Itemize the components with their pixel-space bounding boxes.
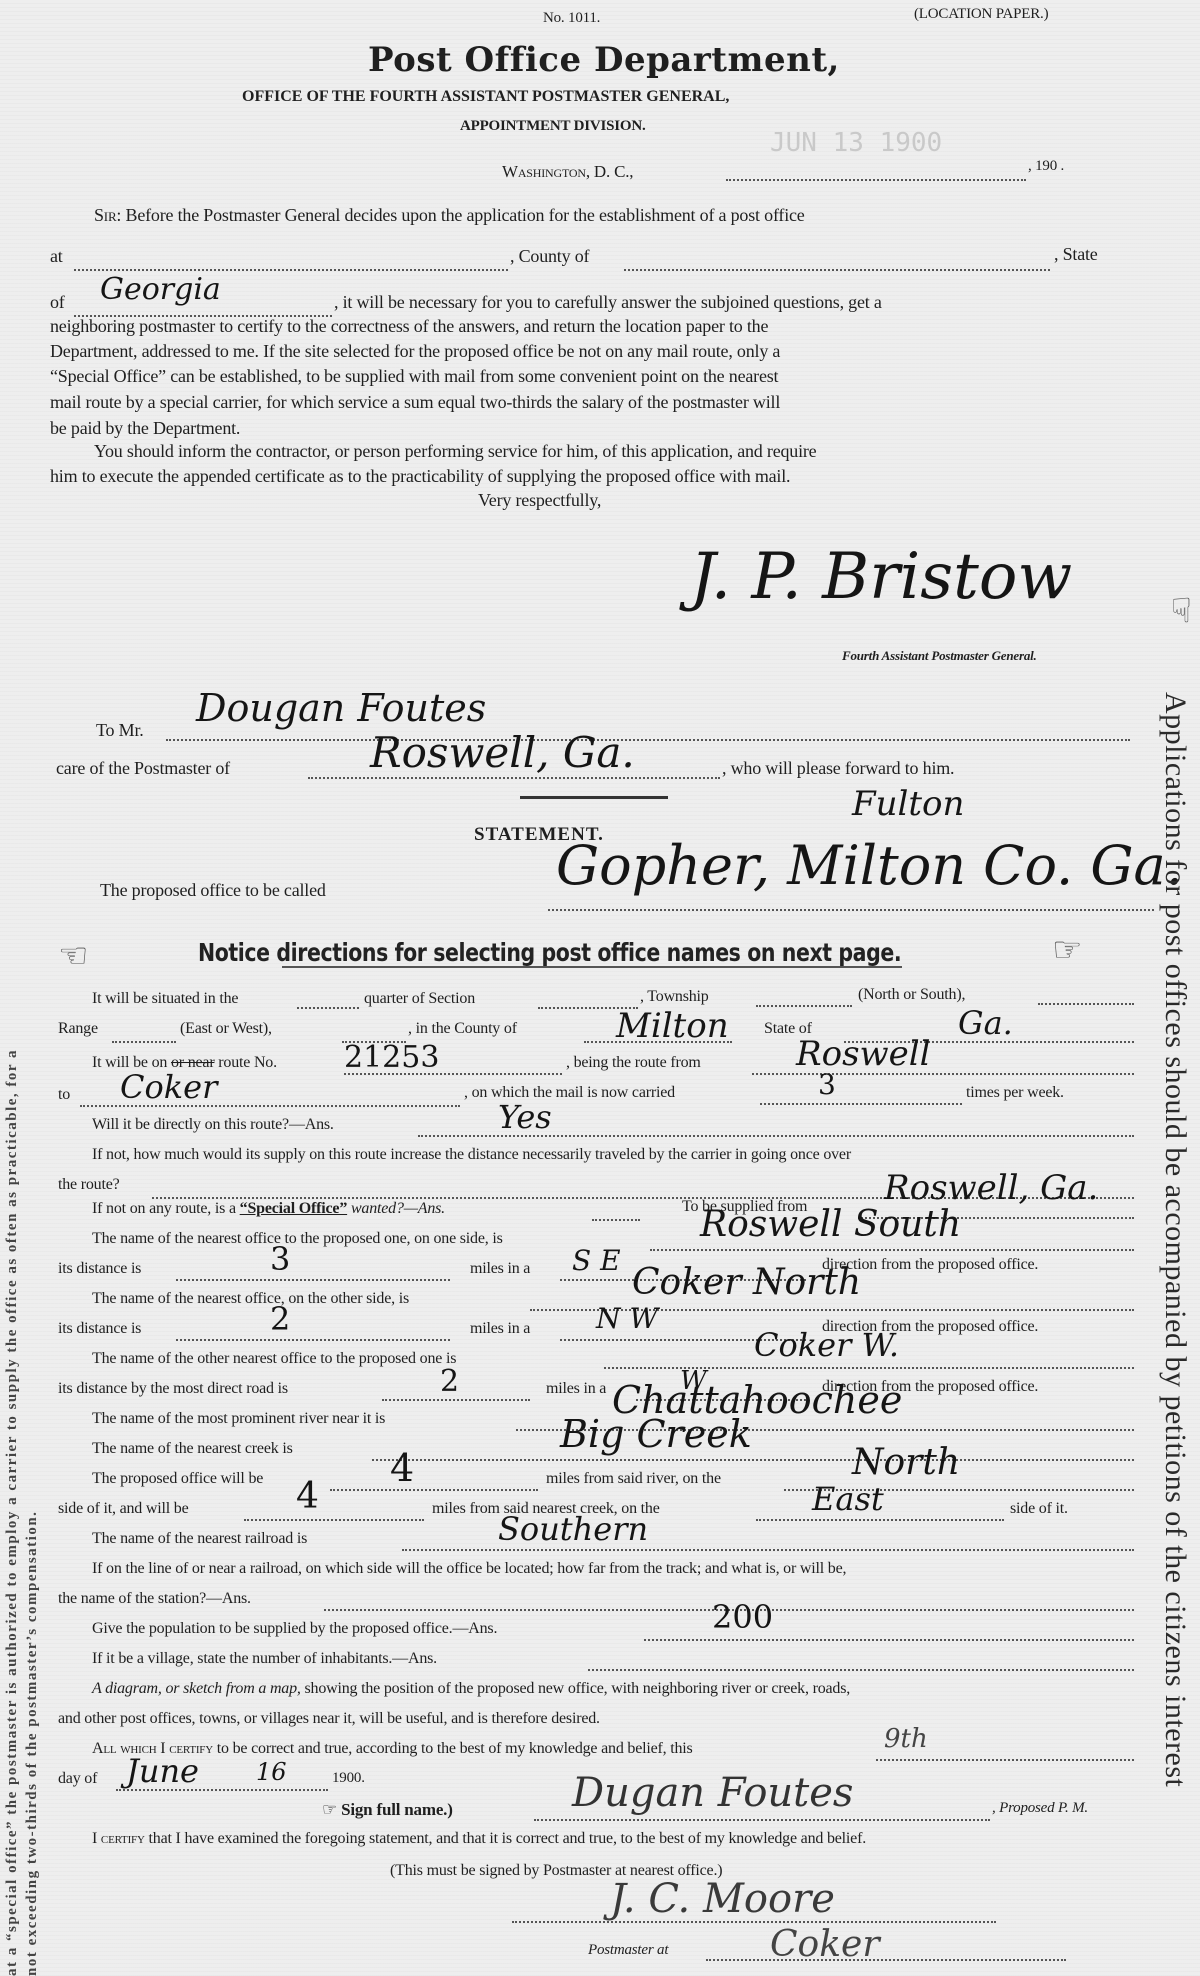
to-route-value[interactable]: Coker bbox=[120, 1068, 217, 1106]
pm-certify-label: I certify that I have examined the foreg… bbox=[92, 1830, 866, 1848]
river-dist-label: The proposed office will be bbox=[92, 1470, 263, 1488]
dist3-label: its distance by the most direct road is bbox=[58, 1380, 288, 1398]
route-from-value[interactable]: Roswell bbox=[796, 1034, 931, 1074]
to-value[interactable]: Dougan Foutes bbox=[196, 686, 486, 730]
quarter-label: quarter of Section bbox=[364, 990, 475, 1008]
east-west-label: (East or West), bbox=[180, 1020, 272, 1038]
dist2-label: its distance is bbox=[58, 1320, 141, 1338]
day-value[interactable]: 16 bbox=[256, 1758, 287, 1786]
dist3-value[interactable]: 2 bbox=[440, 1364, 459, 1399]
creek-side-value[interactable]: East bbox=[812, 1480, 884, 1518]
form-type: (LOCATION PAPER.) bbox=[914, 6, 1048, 23]
river-side-value[interactable]: North bbox=[852, 1442, 960, 1483]
date-field[interactable] bbox=[726, 178, 1026, 181]
proposed-correction[interactable]: Fulton bbox=[852, 784, 964, 824]
other-office-label: The name of the other nearest office to … bbox=[92, 1350, 456, 1368]
railside-label: If on the line of or near a railroad, on… bbox=[92, 1560, 846, 1578]
creek-label: The name of the nearest creek is bbox=[92, 1440, 293, 1458]
letter-line-4: neighboring postmaster to certify to the… bbox=[50, 316, 768, 337]
creek-value[interactable]: Big Creek bbox=[560, 1412, 752, 1456]
to-label: To Mr. bbox=[96, 720, 144, 741]
railroad-value[interactable]: Southern bbox=[498, 1510, 648, 1548]
postmaster-at-label: Postmaster at bbox=[588, 1942, 668, 1959]
railroad-field[interactable] bbox=[402, 1548, 1134, 1551]
nearest1-field[interactable] bbox=[650, 1248, 1134, 1251]
care-label: care of the Postmaster of bbox=[56, 758, 230, 779]
office-title: OFFICE OF THE FOURTH ASSISTANT POSTMASTE… bbox=[242, 88, 729, 106]
state-of-value[interactable]: Ga. bbox=[958, 1004, 1013, 1042]
quarter-field[interactable] bbox=[297, 1006, 359, 1009]
pointing-hand-right-icon: ☞ bbox=[1052, 930, 1082, 970]
county-label: , County of bbox=[510, 246, 589, 267]
pointing-hand-down-icon: ☞ bbox=[1161, 595, 1200, 625]
river-label: The name of the most prominent river nea… bbox=[92, 1410, 385, 1428]
side-of-it-label: side of it. bbox=[1010, 1500, 1068, 1518]
month-value[interactable]: June bbox=[126, 1752, 199, 1790]
closing: Very respectfully, bbox=[478, 490, 601, 511]
miles-in-label-3: miles in a bbox=[546, 1380, 606, 1398]
route-question-label: the route? bbox=[58, 1176, 120, 1194]
place-label: Washington, D. C., bbox=[502, 162, 633, 182]
signer-title: Fourth Assistant Postmaster General. bbox=[842, 648, 1037, 664]
bristow-signature: J. P. Bristow bbox=[690, 540, 1072, 614]
times-value[interactable]: 3 bbox=[818, 1068, 836, 1101]
proposed-field[interactable] bbox=[548, 908, 1154, 911]
letter-line-3: , it will be necessary for you to carefu… bbox=[334, 292, 882, 313]
diagram-label: A diagram, or sketch from a map, showing… bbox=[92, 1680, 850, 1698]
railroad-label: The name of the nearest railroad is bbox=[92, 1530, 307, 1548]
special-label: If not on any route, is a “Special Offic… bbox=[92, 1200, 445, 1218]
letter-line-8: be paid by the Department. bbox=[50, 418, 240, 439]
nearest2-label: The name of the nearest office, on the o… bbox=[92, 1290, 409, 1308]
letter-line-6: “Special Office” can be established, to … bbox=[50, 366, 778, 387]
township-label: , Township bbox=[640, 988, 709, 1006]
times-label: times per week. bbox=[966, 1084, 1064, 1102]
nearest1-label: The name of the nearest office to the pr… bbox=[92, 1230, 503, 1248]
village-label: If it be a village, state the number of … bbox=[92, 1650, 437, 1668]
side-of-label: side of it, and will be bbox=[58, 1500, 189, 1518]
special-field[interactable] bbox=[592, 1218, 640, 1221]
dist2-field[interactable] bbox=[176, 1338, 450, 1341]
pm-signature-value[interactable]: J. C. Moore bbox=[610, 1876, 835, 1922]
notice-underline bbox=[282, 966, 902, 968]
letter-line-2: at bbox=[50, 246, 63, 267]
county-of-label: , in the County of bbox=[408, 1020, 517, 1038]
postmaster-at-field[interactable] bbox=[706, 1958, 1066, 1961]
miles-in-label-1: miles in a bbox=[470, 1260, 530, 1278]
sign-label: ☞ Sign full name.) bbox=[322, 1800, 453, 1820]
to-field[interactable] bbox=[166, 738, 1130, 741]
letter-line-10: him to execute the appended certificate … bbox=[50, 466, 790, 487]
dir1-value[interactable]: S E bbox=[572, 1244, 621, 1277]
department-title: Post Office Department, bbox=[368, 40, 840, 80]
river-dist-field[interactable] bbox=[330, 1488, 538, 1491]
dist2-value[interactable]: 2 bbox=[270, 1300, 290, 1338]
county-field[interactable] bbox=[624, 268, 1050, 271]
dist1-field[interactable] bbox=[176, 1278, 450, 1281]
river-side-label: miles from said river, on the bbox=[546, 1470, 721, 1488]
creek-dist-value[interactable]: 4 bbox=[296, 1476, 319, 1517]
letter-line-9: You should inform the contractor, or per… bbox=[94, 441, 816, 462]
certify-day-field[interactable] bbox=[876, 1758, 1134, 1761]
salutation: Sir: bbox=[94, 205, 121, 225]
times-field[interactable] bbox=[760, 1102, 962, 1105]
county-of-value[interactable]: Milton bbox=[616, 1006, 729, 1046]
other-office-value[interactable]: Coker W. bbox=[754, 1326, 899, 1364]
letter-line-7: mail route by a special carrier, for whi… bbox=[50, 392, 780, 413]
north-south-label: (North or South), bbox=[858, 986, 965, 1004]
diagram-label-cont: and other post offices, towns, or villag… bbox=[58, 1710, 600, 1728]
state-value[interactable]: Georgia bbox=[100, 272, 221, 307]
range-field[interactable] bbox=[112, 1040, 176, 1043]
dist1-label: its distance is bbox=[58, 1260, 141, 1278]
certify-day-value[interactable]: 9th bbox=[884, 1724, 928, 1754]
carried-label: , on which the mail is now carried bbox=[464, 1084, 675, 1102]
letter-line-1: Sir: Before the Postmaster General decid… bbox=[94, 205, 805, 226]
dir2-value[interactable]: N W bbox=[596, 1302, 658, 1335]
population-value[interactable]: 200 bbox=[712, 1598, 773, 1636]
directly-value[interactable]: Yes bbox=[498, 1098, 552, 1136]
year-label: , 190 . bbox=[1028, 158, 1064, 175]
route-from-label: , being the route from bbox=[566, 1054, 701, 1072]
nearest1-value[interactable]: Roswell South bbox=[700, 1204, 961, 1245]
route-number-value[interactable]: 21253 bbox=[344, 1040, 439, 1075]
increase-label: If not, how much would its supply on thi… bbox=[92, 1146, 851, 1164]
to-route-label: to bbox=[58, 1086, 70, 1104]
sign-field[interactable] bbox=[534, 1818, 990, 1821]
letter-line-5: Department, addressed to me. If the site… bbox=[50, 341, 780, 362]
care-value[interactable]: Roswell, Ga. bbox=[370, 728, 635, 777]
right-margin-note: Applications for post offices should be … bbox=[1158, 692, 1192, 1787]
creek-side-field[interactable] bbox=[756, 1518, 1004, 1521]
form-number: No. 1011. bbox=[543, 10, 600, 27]
pointing-hand-icon: ☞ bbox=[322, 1800, 337, 1819]
miles-in-label-2: miles in a bbox=[470, 1320, 530, 1338]
proposed-pm-label: , Proposed P. M. bbox=[992, 1800, 1088, 1817]
range-label: Range bbox=[58, 1020, 98, 1038]
directly-label: Will it be directly on this route?—Ans. bbox=[92, 1116, 334, 1134]
divider-rule bbox=[520, 796, 668, 799]
division-title: APPOINTMENT DIVISION. bbox=[460, 118, 646, 135]
proposed-label: The proposed office to be called bbox=[100, 880, 326, 901]
creek-dist-field[interactable] bbox=[244, 1518, 424, 1521]
postmaster-at-value[interactable]: Coker bbox=[770, 1924, 880, 1965]
station-label: the name of the station?—Ans. bbox=[58, 1590, 251, 1608]
care-suffix: , who will please forward to him. bbox=[722, 758, 954, 779]
township-field[interactable] bbox=[756, 1004, 852, 1007]
dist1-value[interactable]: 3 bbox=[270, 1240, 290, 1278]
north-south-field[interactable] bbox=[1038, 1002, 1134, 1005]
at-field[interactable] bbox=[74, 268, 508, 271]
population-field[interactable] bbox=[644, 1638, 1134, 1641]
sign-value[interactable]: Dugan Foutes bbox=[572, 1770, 853, 1816]
pointing-hand-left-icon: ☞ bbox=[58, 936, 88, 976]
supplied-value[interactable]: Roswell, Ga. bbox=[884, 1168, 1098, 1208]
proposed-value[interactable]: Gopher, Milton Co. Ga. bbox=[556, 834, 1183, 897]
population-label: Give the population to be supplied by th… bbox=[92, 1620, 497, 1638]
notice-banner: Notice directions for selecting post off… bbox=[198, 938, 901, 967]
left-margin-note: at a “special office” the postmaster is … bbox=[2, 1049, 42, 1976]
village-field[interactable] bbox=[588, 1668, 1134, 1671]
state-label: , State bbox=[1054, 244, 1098, 265]
river-dist-value[interactable]: 4 bbox=[390, 1446, 414, 1490]
of-label: of bbox=[50, 292, 65, 313]
nearest2-value[interactable]: Coker North bbox=[632, 1262, 861, 1303]
year-value: 1900. bbox=[332, 1770, 365, 1787]
date-stamp: JUN 13 1900 bbox=[770, 128, 942, 158]
location-paper-page: No. 1011. (LOCATION PAPER.) Post Office … bbox=[0, 0, 1200, 1976]
creek-field[interactable] bbox=[372, 1458, 1134, 1461]
day-of-label: day of bbox=[58, 1770, 97, 1788]
situated-label: It will be situated in the bbox=[92, 990, 238, 1008]
